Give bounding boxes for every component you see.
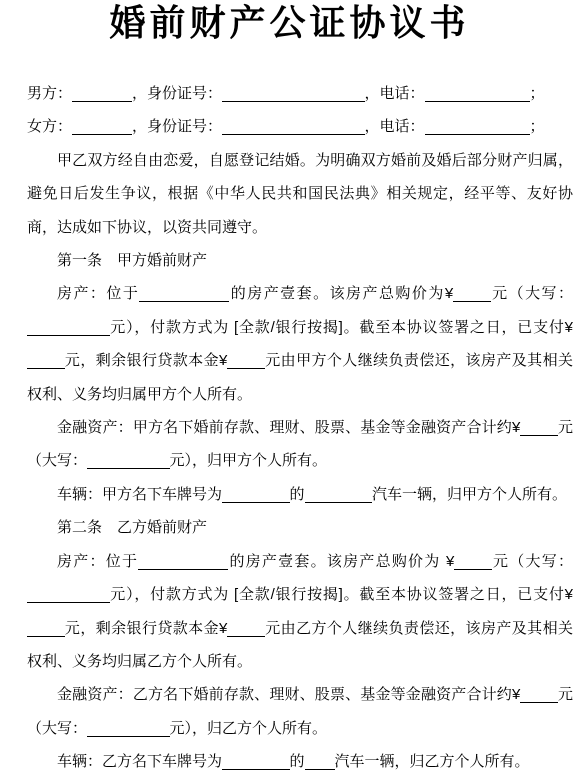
fill-in-blank [87, 724, 170, 737]
fill-in-blank [27, 624, 65, 637]
party-a-vehicle-paragraph: 车辆：甲方名下车牌号为的汽车一辆，归甲方个人所有。 [27, 478, 573, 511]
party-b-line: 女方：，身份证号：，电话：； [27, 110, 573, 143]
fill-in-blank [138, 557, 228, 570]
document-body: 男方：，身份证号：，电话：；女方：，身份证号：，电话：；甲乙双方经自由恋爱，自愿… [27, 77, 573, 779]
document-title: 婚前财产公证协议书 [6, 2, 573, 44]
fill-in-blank [87, 456, 170, 469]
fill-in-blank [520, 690, 558, 703]
fill-in-blank [453, 289, 491, 302]
party-a-house-paragraph: 房产：位于的房产壹套。该房产总购价为¥元（大写：元），付款方式为 [全款/银行按… [27, 277, 573, 411]
party-a-line: 男方：，身份证号：，电话：； [27, 77, 573, 110]
fill-in-blank [222, 757, 290, 770]
article-1-heading: 第一条 甲方婚前财产 [27, 244, 573, 277]
fill-in-blank [454, 557, 492, 570]
fill-in-blank [425, 122, 530, 135]
fill-in-blank [139, 289, 229, 302]
fill-in-blank [227, 356, 265, 369]
party-b-house-paragraph: 房产：位于的房产壹套。该房产总购价为 ¥元（大写：元），付款方式为 [全款/银行… [27, 545, 573, 679]
fill-in-blank [72, 122, 132, 135]
fill-in-blank [27, 323, 110, 336]
fill-in-blank [425, 89, 530, 102]
article-2-heading: 第二条 乙方婚前财产 [27, 511, 573, 544]
fill-in-blank [72, 89, 132, 102]
party-a-financial-paragraph: 金融资产：甲方名下婚前存款、理财、股票、基金等金融资产合计约¥元（大写：元），归… [27, 411, 573, 478]
intro-paragraph: 甲乙双方经自由恋爱，自愿登记结婚。为明确双方婚前及婚后部分财产归属，避免日后发生… [27, 144, 573, 244]
fill-in-blank [222, 490, 290, 503]
fill-in-blank [305, 757, 335, 770]
fill-in-blank [222, 122, 365, 135]
fill-in-blank [27, 590, 110, 603]
fill-in-blank [227, 624, 265, 637]
fill-in-blank [305, 490, 373, 503]
fill-in-blank [520, 423, 558, 436]
party-b-vehicle-paragraph: 车辆：乙方名下车牌号为的汽车一辆，归乙方个人所有。 [27, 745, 573, 778]
fill-in-blank [222, 89, 365, 102]
party-b-financial-paragraph: 金融资产：乙方名下婚前存款、理财、股票、基金等金融资产合计约¥元（大写：元），归… [27, 678, 573, 745]
fill-in-blank [27, 356, 65, 369]
document-page: 婚前财产公证协议书 男方：，身份证号：，电话：；女方：，身份证号：，电话：；甲乙… [0, 0, 579, 779]
